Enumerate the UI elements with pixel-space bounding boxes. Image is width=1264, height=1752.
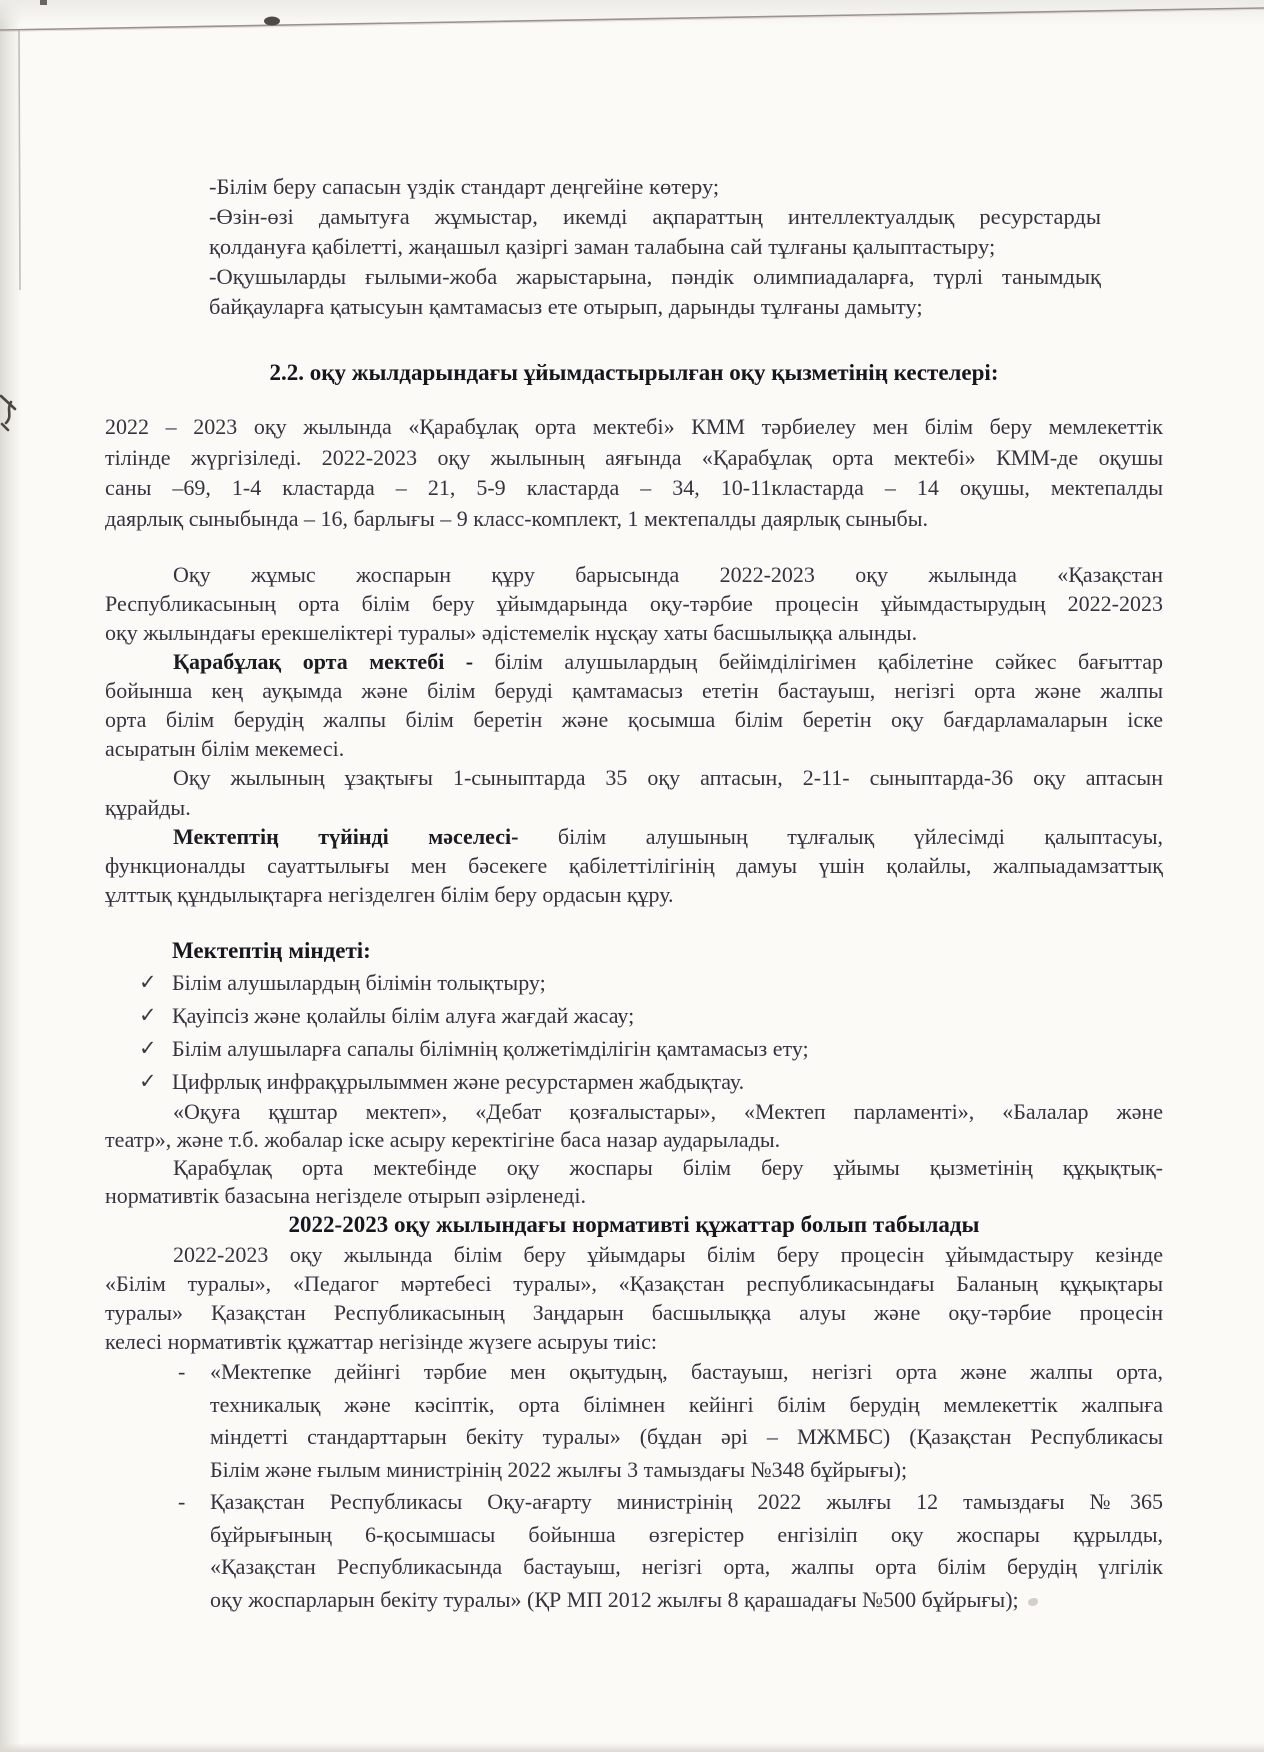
text-line: «Оқуға құштар мектеп», «Дебат қозғалыста… (105, 1098, 1163, 1126)
checklist-item-label: Білім алушылардың білімін толықтыру; (172, 970, 546, 995)
text-line: бұйрығының 6-қосымшасы бойынша өзгерісте… (210, 1519, 1163, 1552)
tasks-heading: Мектептің міндеті: (105, 936, 1163, 966)
text-line: орта білім берудің жалпы білім беретін ж… (105, 705, 1163, 734)
section-heading-2-2: 2.2. оқу жылдарындағы ұйымдастырылған оқ… (105, 358, 1163, 388)
text-line: техникалық және кәсіптік, орта білімнен … (210, 1389, 1163, 1422)
check-icon: ✓ (139, 999, 157, 1032)
checklist-item: ✓Білім алушылардың білімін толықтыру; (105, 966, 1163, 999)
paragraph-workplan: Оқу жұмыс жоспарын құру барысында 2022-2… (105, 560, 1163, 647)
text-line: 2022 – 2023 оқу жылында «Қарабұлақ орта … (105, 412, 1163, 443)
text-line: даярлық сыныбында – 16, барлығы – 9 клас… (105, 504, 1163, 535)
normative-heading: 2022-2023 оқу жылындағы нормативті құжат… (105, 1210, 1163, 1240)
dash-list-item: -«Мектепке дейінгі тәрбие мен оқытудың, … (105, 1356, 1163, 1486)
text-line: 2022-2023 оқу жылында білім беру ұйымдар… (105, 1240, 1163, 1269)
paragraph-key-issue: Мектептің түйінді мәселесі- білім алушын… (105, 822, 1163, 909)
text-line: Оқу жұмыс жоспарын құру барысында 2022-2… (105, 560, 1163, 589)
dash-bullet: - (178, 1356, 185, 1389)
scanned-document-page: -Білім беру сапасын үздік стандарт деңге… (0, 0, 1264, 1752)
checklist-item: ✓Қауіпсіз және қолайлы білім алуға жағда… (105, 999, 1163, 1032)
intro-goals-list: -Білім беру сапасын үздік стандарт деңге… (209, 172, 1101, 322)
text-line: -Оқушыларды ғылыми-жоба жарыстарына, пән… (209, 262, 1101, 292)
list-item: -Оқушыларды ғылыми-жоба жарыстарына, пән… (209, 262, 1101, 322)
paragraph-school-definition: Қарабұлақ орта мектебі - білім алушылард… (105, 647, 1163, 763)
text-line: қолдануға қабілетті, жаңашыл қазіргі зам… (209, 232, 1101, 262)
list-item: -Өзін-өзі дамытуға жұмыстар, икемді ақпа… (209, 202, 1101, 262)
checklist-item-label: Білім алушыларға сапалы білімнің қолжеті… (172, 1036, 809, 1061)
text-line: «Мектепке дейінгі тәрбие мен оқытудың, б… (210, 1356, 1163, 1389)
check-icon: ✓ (139, 1032, 157, 1065)
text-line: құрайды. (105, 793, 1163, 823)
text-line: «Білім туралы», «Педагог мәртебесі турал… (105, 1269, 1163, 1298)
text-line: келесі нормативтік құжаттар негізінде жү… (105, 1327, 1163, 1356)
text-line: туралы» Қазақстан Республикасының Заңдар… (105, 1298, 1163, 1327)
text-line: саны –69, 1-4 кластарда – 21, 5-9 класта… (105, 473, 1163, 504)
paragraph-year-duration: Оқу жылының ұзақтығы 1-сыныптарда 35 оқу… (105, 763, 1163, 822)
list-item: -Білім беру сапасын үздік стандарт деңге… (209, 172, 1101, 202)
checklist-item-label: Цифрлық инфрақұрылыммен және ресурстарме… (172, 1069, 744, 1094)
text-line: театр», және т.б. жобалар іске асыру кер… (105, 1126, 1163, 1154)
dash-bullet: - (178, 1486, 185, 1519)
text-line: Білім және ғылым министрінің 2022 жылғы … (210, 1454, 1163, 1487)
paragraph-school-overview: 2022 – 2023 оқу жылында «Қарабұлақ орта … (105, 412, 1163, 534)
text-line: «Қазақстан Республикасында бастауыш, нег… (210, 1551, 1163, 1584)
text-line: асыратын білім мекемесі. (105, 734, 1163, 763)
text-line: -Білім беру сапасын үздік стандарт деңге… (209, 172, 1101, 202)
paragraph-projects: «Оқуға құштар мектеп», «Дебат қозғалыста… (105, 1098, 1163, 1154)
text-line: Мектептің түйінді мәселесі- білім алушын… (105, 822, 1163, 851)
check-icon: ✓ (139, 966, 157, 999)
pen-mark (1, 396, 15, 430)
checklist-item-label: Қауіпсіз және қолайлы білім алуға жағдай… (172, 1003, 634, 1028)
text-line: тілінде жүргізіледі. 2022-2023 оқу жылын… (105, 443, 1163, 474)
check-icon: ✓ (139, 1065, 157, 1098)
text-line: оқу жылындағы ерекшеліктері туралы» әдіс… (105, 618, 1163, 647)
document-content: -Білім беру сапасын үздік стандарт деңге… (105, 0, 1163, 1616)
text-line: Оқу жылының ұзақтығы 1-сыныптарда 35 оқу… (105, 763, 1163, 793)
text-line: міндетті стандарттарын бекіту туралы» (б… (210, 1421, 1163, 1454)
text-line: нормативтік базасына негізделе отырып әз… (105, 1182, 1163, 1210)
text-line: Қазақстан Республикасы Оқу-ағарту минист… (210, 1486, 1163, 1519)
text-line: Республикасының орта білім беру ұйымдары… (105, 589, 1163, 618)
text-line: Қарабұлақ орта мектебі - білім алушылард… (105, 647, 1163, 676)
text-line: оқу жоспарларын бекіту туралы» (ҚР МП 20… (210, 1584, 1163, 1617)
text-line: ұлттық құндылықтарға негізделген білім б… (105, 880, 1163, 909)
paragraph-normative: 2022-2023 оқу жылында білім беру ұйымдар… (105, 1240, 1163, 1356)
checklist-item: ✓Білім алушыларға сапалы білімнің қолжет… (105, 1032, 1163, 1065)
text-line: -Өзін-өзі дамытуға жұмыстар, икемді ақпа… (209, 202, 1101, 232)
text-line: байқауларға қатысуын қамтамасыз ете отыр… (209, 292, 1101, 322)
text-line: бойынша кең ауқымда және білім беруді қа… (105, 676, 1163, 705)
dash-list-item: -Қазақстан Республикасы Оқу-ағарту минис… (105, 1486, 1163, 1616)
text-line: Қарабұлақ орта мектебінде оқу жоспары бі… (105, 1154, 1163, 1182)
scan-left-edge-line (19, 30, 20, 290)
paragraph-legal-basis: Қарабұлақ орта мектебінде оқу жоспары бі… (105, 1154, 1163, 1210)
scan-nub (40, 0, 47, 5)
checklist-item: ✓Цифрлық инфрақұрылыммен және ресурстарм… (105, 1065, 1163, 1098)
normative-dash-list: -«Мектепке дейінгі тәрбие мен оқытудың, … (105, 1356, 1163, 1616)
text-line: функционалды сауаттылығы мен бәсекеге қа… (105, 851, 1163, 880)
tasks-checklist: ✓Білім алушылардың білімін толықтыру;✓Қа… (105, 966, 1163, 1098)
